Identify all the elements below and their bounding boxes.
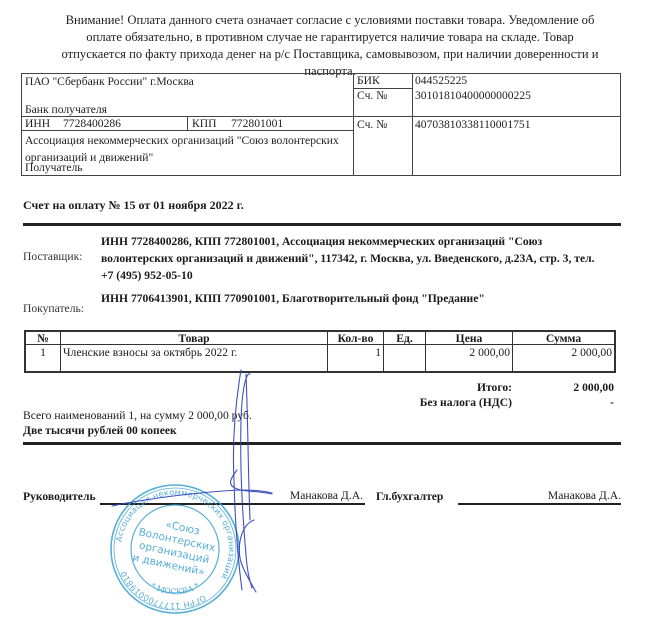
row-1-num: 1 (26, 346, 60, 360)
divider (187, 116, 188, 130)
inn-label: ИНН (25, 117, 50, 131)
total-value: 2 000,00 (530, 381, 614, 394)
row-1-item: Членские взносы за октябрь 2022 г. (63, 346, 325, 360)
row-1-sum: 2 000,00 (513, 346, 612, 360)
account-value: 40703810338110001751 (415, 118, 531, 132)
account-label: Сч. № (357, 118, 387, 132)
invoice-title: Счет на оплату № 15 от 01 ноября 2022 г. (23, 198, 244, 213)
col-header-qty: Кол-во (328, 332, 383, 345)
recipient-label: Получатель (25, 161, 83, 175)
bank-details-table: ПАО "Сбербанк России" г.Москва Банк полу… (21, 73, 621, 176)
total-label: Итого: (380, 381, 512, 394)
col-header-num: № (26, 332, 60, 345)
supplier-details: ИНН 7728400286, КПП 772801001, Ассоциаци… (101, 233, 631, 284)
col-header-price: Цена (426, 332, 512, 345)
supplier-line-1: ИНН 7728400286, КПП 772801001, Ассоциаци… (101, 233, 631, 250)
section-rule (23, 223, 621, 226)
corr-account-label: Сч. № (357, 89, 387, 103)
vat-label: Без налога (НДС) (380, 396, 512, 409)
bank-name: ПАО "Сбербанк России" г.Москва (25, 75, 194, 89)
divider (412, 74, 413, 175)
accountant-signature-line (458, 503, 621, 505)
corr-account-value: 30101810400000000225 (415, 89, 531, 103)
bik-value: 044525225 (415, 74, 467, 88)
divider (353, 116, 620, 117)
supplier-line-2: волонтерских организаций и движений", 11… (101, 250, 631, 267)
director-label: Руководитель (23, 490, 96, 503)
kpp-label: КПП (192, 117, 216, 131)
col-header-unit: Ед. (384, 332, 425, 345)
inn-value: 7728400286 (63, 117, 121, 131)
row-1-qty: 1 (328, 346, 381, 360)
kpp-value: 772801001 (231, 117, 283, 131)
divider (353, 74, 354, 175)
handwritten-signature (90, 360, 290, 600)
bank-label: Банк получателя (25, 103, 107, 117)
col-header-sum: Сумма (513, 332, 614, 345)
bik-label: БИК (357, 74, 380, 88)
buyer-details: ИНН 7706413901, КПП 770901001, Благотвор… (101, 290, 485, 307)
col-header-item: Товар (61, 332, 327, 345)
supplier-label: Поставщик: (23, 250, 82, 263)
payment-notice: Внимание! Оплата данного счета означает … (60, 12, 600, 80)
vat-value: - (530, 396, 614, 409)
buyer-label: Покупатель: (23, 302, 84, 315)
accountant-label: Гл.бухгалтер (376, 490, 443, 503)
accountant-name: Манакова Д.А. (500, 489, 621, 502)
supplier-line-3: +7 (495) 952-05-10 (101, 267, 631, 284)
row-1-price: 2 000,00 (426, 346, 510, 360)
